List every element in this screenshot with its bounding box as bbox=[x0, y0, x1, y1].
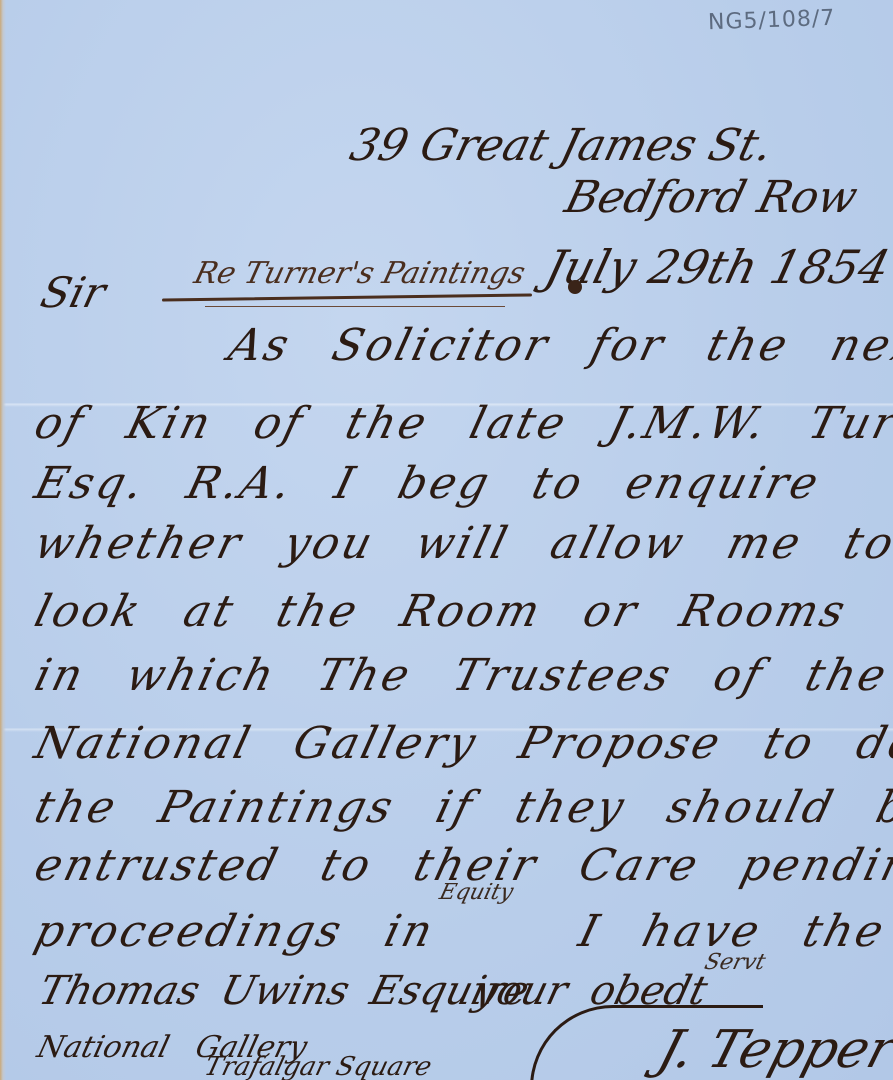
body-line-text: proceedings in bbox=[30, 906, 441, 957]
salutation: Sir bbox=[36, 268, 111, 317]
addressee-address-line-2: Trafalgar Square bbox=[201, 1052, 435, 1080]
body-line: As Solicitor for the next bbox=[224, 320, 893, 371]
body-line: the Paintings if they should be bbox=[30, 782, 893, 833]
body-line: whether you will allow me to bbox=[30, 518, 893, 569]
signature: J. Tepper bbox=[651, 1020, 893, 1080]
body-line: Esq. R.A. I beg to enquire bbox=[30, 458, 826, 509]
subject-underline bbox=[162, 293, 532, 301]
ink-blot bbox=[568, 280, 582, 294]
letter-page: NG5/108/7 39 Great James St. Bedford Row… bbox=[0, 0, 893, 1080]
archive-reference: NG5/108/7 bbox=[708, 6, 836, 35]
addressee-name: Thomas Uwins Esquire bbox=[34, 968, 533, 1014]
subject-underline-secondary bbox=[205, 306, 505, 307]
address-line-1: 39 Great James St. bbox=[345, 120, 778, 171]
body-line: National Gallery Propose to deposit bbox=[30, 718, 893, 769]
address-line-2: Bedford Row bbox=[560, 172, 862, 223]
body-line: look at the Room or Rooms bbox=[30, 586, 853, 637]
body-line: of Kin of the late J.M.W. Turner bbox=[30, 398, 893, 449]
letter-date: July 29th 1854 bbox=[540, 240, 893, 294]
closing-superscript: Servt bbox=[702, 950, 768, 975]
body-line: in which The Trustees of the bbox=[30, 650, 893, 701]
subject-line: Re Turner's Paintings bbox=[191, 256, 529, 291]
interlineation-equity: Equity bbox=[437, 880, 516, 905]
